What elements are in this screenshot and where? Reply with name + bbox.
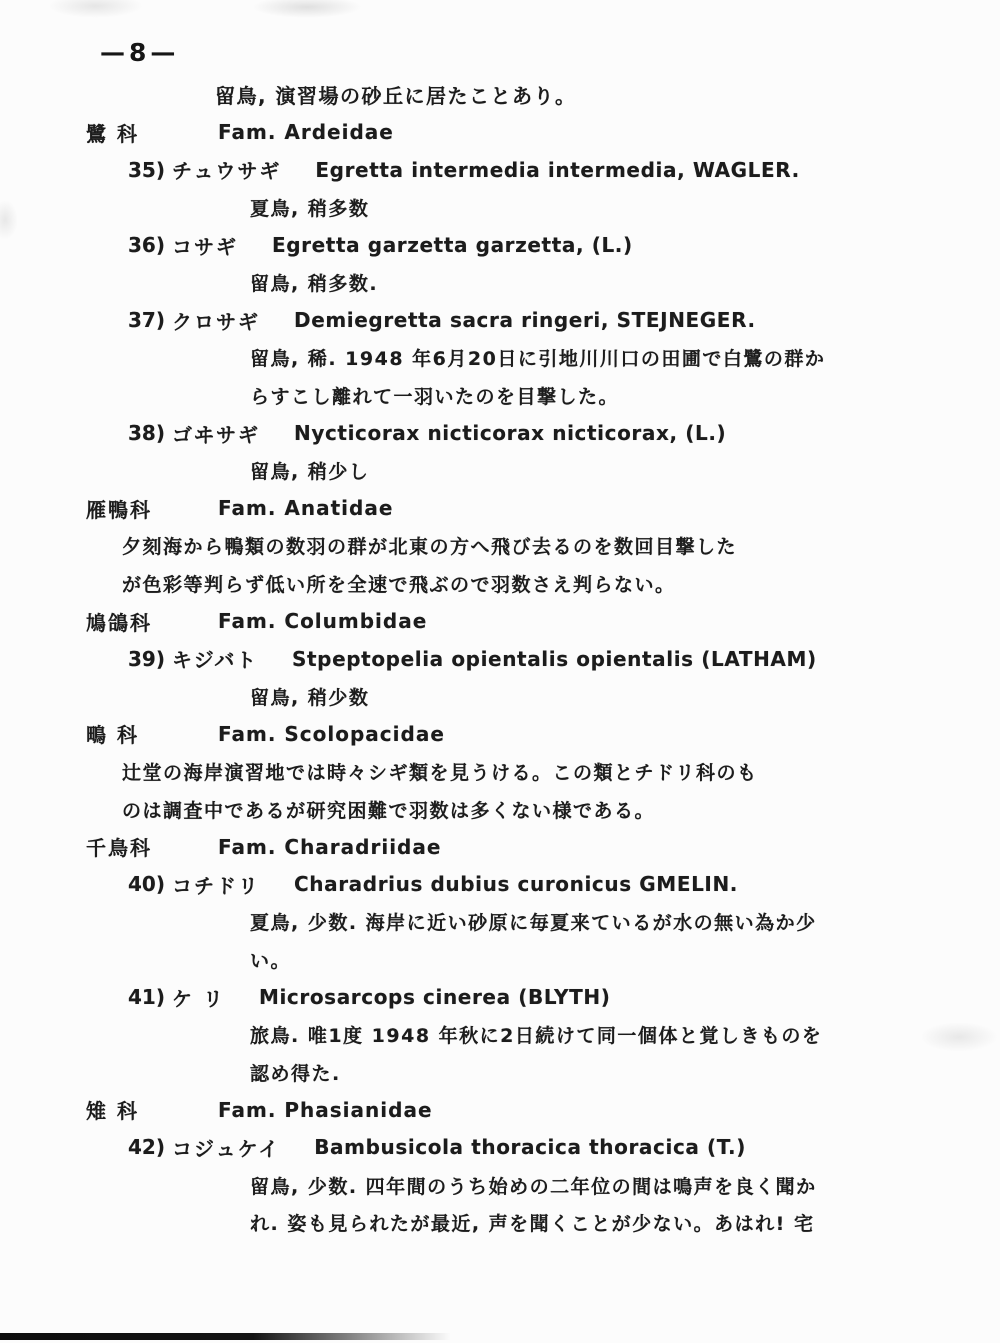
family-latin-name: Fam. Anatidae — [218, 496, 393, 520]
family-note-line: 辻堂の海岸演習地では時々シギ類を見うける。この類とチドリ科のも — [0, 753, 1000, 791]
family-jp-name: 雁鴨科 — [86, 494, 218, 523]
family-latin-name: Fam. Scolopacidae — [218, 722, 445, 746]
species-number: 40) — [128, 872, 172, 896]
family-header: 千鳥科 Fam. Charadriidae — [0, 828, 1000, 866]
species-kana-name: チュウサギ — [172, 155, 281, 184]
species-kana-name: ゴヰサギ — [172, 419, 260, 448]
species-kana-name: ケ リ — [172, 983, 225, 1012]
species-kana-name: コチドリ — [172, 870, 260, 899]
species-kana-name: キジバト — [172, 644, 258, 673]
species-latin-name: Stpeptopelia opientalis opientalis (LATH… — [292, 647, 817, 671]
species-number: 38) — [128, 421, 172, 445]
family-note-line: のは調査中であるが研究困難で羽数は多くない様である。 — [0, 790, 1000, 828]
species-desc-line: 認め得た. — [0, 1053, 1000, 1091]
family-jp-name: 鳩鴿科 — [86, 607, 218, 636]
family-header: 鴫 科 Fam. Scolopacidae — [0, 715, 1000, 753]
species-entry: 39) キジバト Stpeptopelia opientalis opienta… — [0, 640, 1000, 678]
species-latin-name: Egretta garzetta garzetta, (L.) — [272, 233, 633, 257]
species-desc-line: 夏鳥, 稍多数 — [0, 189, 1000, 227]
species-desc-line: 留鳥, 稍少し — [0, 452, 1000, 490]
family-jp-name: 鴫 科 — [86, 719, 218, 748]
species-entry: 37) クロサギ Demiegretta sacra ringeri, STEJ… — [0, 302, 1000, 340]
family-jp-name: 千鳥科 — [86, 832, 218, 861]
family-latin-name: Fam. Ardeidae — [218, 120, 394, 144]
family-header: 鳩鴿科 Fam. Columbidae — [0, 602, 1000, 640]
scanned-document-page: —8— 留鳥, 演習場の砂丘に居たことあり。 鷺 科 Fam. Ardeidae… — [0, 0, 1000, 1343]
species-entry: 42) コジュケイ Bambusicola thoracica thoracic… — [0, 1129, 1000, 1167]
species-latin-name: Charadrius dubius curonicus GMELIN. — [294, 872, 738, 896]
scan-smudge — [48, 0, 143, 18]
family-note-line: が色彩等判らず低い所を全速で飛ぶので羽数さえ判らない。 — [0, 565, 1000, 603]
species-entry: 40) コチドリ Charadrius dubius curonicus GME… — [0, 865, 1000, 903]
continuation-line: 留鳥, 演習場の砂丘に居たことあり。 — [0, 76, 1000, 114]
species-latin-name: Demiegretta sacra ringeri, STEJNEGER. — [294, 308, 756, 332]
species-latin-name: Nycticorax nicticorax nicticorax, (L.) — [294, 421, 726, 445]
species-desc-line: らすこし離れて一羽いたのを目撃した。 — [0, 377, 1000, 415]
species-latin-name: Egretta intermedia intermedia, WAGLER. — [315, 158, 799, 182]
document-body: 留鳥, 演習場の砂丘に居たことあり。 鷺 科 Fam. Ardeidae 35)… — [0, 76, 1000, 1241]
species-latin-name: Microsarcops cinerea (BLYTH) — [259, 985, 610, 1009]
species-number: 42) — [128, 1135, 172, 1159]
family-header: 鷺 科 Fam. Ardeidae — [0, 114, 1000, 152]
species-number: 41) — [128, 985, 172, 1009]
family-header: 雉 科 Fam. Phasianidae — [0, 1091, 1000, 1129]
family-note-line: 夕刻海から鴨類の数羽の群が北東の方へ飛び去るのを数回目撃した — [0, 527, 1000, 565]
species-kana-name: クロサギ — [172, 306, 260, 335]
family-latin-name: Fam. Columbidae — [218, 609, 427, 633]
scan-bar-artifact — [0, 1333, 460, 1340]
species-desc-line: 旅鳥. 唯1度 1948 年秋に2日続けて同一個体と覚しきものを — [0, 1016, 1000, 1054]
species-entry: 36) コサギ Egretta garzetta garzetta, (L.) — [0, 226, 1000, 264]
scan-smudge — [252, 0, 362, 18]
species-desc-line: 留鳥, 稍多数. — [0, 264, 1000, 302]
species-desc-line: れ. 姿も見られたが最近, 声を聞くことが少ない。あはれ! 宅 — [0, 1204, 1000, 1242]
species-number: 35) — [128, 158, 172, 182]
species-entry: 35) チュウサギ Egretta intermedia intermedia,… — [0, 151, 1000, 189]
species-number: 36) — [128, 233, 172, 257]
family-jp-name: 雉 科 — [86, 1095, 218, 1124]
species-desc-line: 留鳥, 稀. 1948 年6月20日に引地川川口の田圃で白鷺の群か — [0, 339, 1000, 377]
family-latin-name: Fam. Phasianidae — [218, 1098, 433, 1122]
family-jp-name: 鷺 科 — [86, 118, 218, 147]
species-desc-line: 夏鳥, 少数. 海岸に近い砂原に毎夏来ているが水の無い為か少 — [0, 903, 1000, 941]
species-entry: 38) ゴヰサギ Nycticorax nicticorax nicticora… — [0, 414, 1000, 452]
species-kana-name: コジュケイ — [172, 1133, 280, 1162]
species-kana-name: コサギ — [172, 231, 238, 260]
species-desc-line: い。 — [0, 941, 1000, 979]
page-number: —8— — [100, 38, 179, 67]
species-number: 37) — [128, 308, 172, 332]
family-latin-name: Fam. Charadriidae — [218, 835, 441, 859]
species-latin-name: Bambusicola thoracica thoracica (T.) — [314, 1135, 746, 1159]
species-number: 39) — [128, 647, 172, 671]
species-desc-line: 留鳥, 稍少数 — [0, 678, 1000, 716]
family-header: 雁鴨科 Fam. Anatidae — [0, 490, 1000, 528]
species-desc-line: 留鳥, 少数. 四年間のうち始めの二年位の間は鳴声を良く聞か — [0, 1166, 1000, 1204]
species-entry: 41) ケ リ Microsarcops cinerea (BLYTH) — [0, 978, 1000, 1016]
